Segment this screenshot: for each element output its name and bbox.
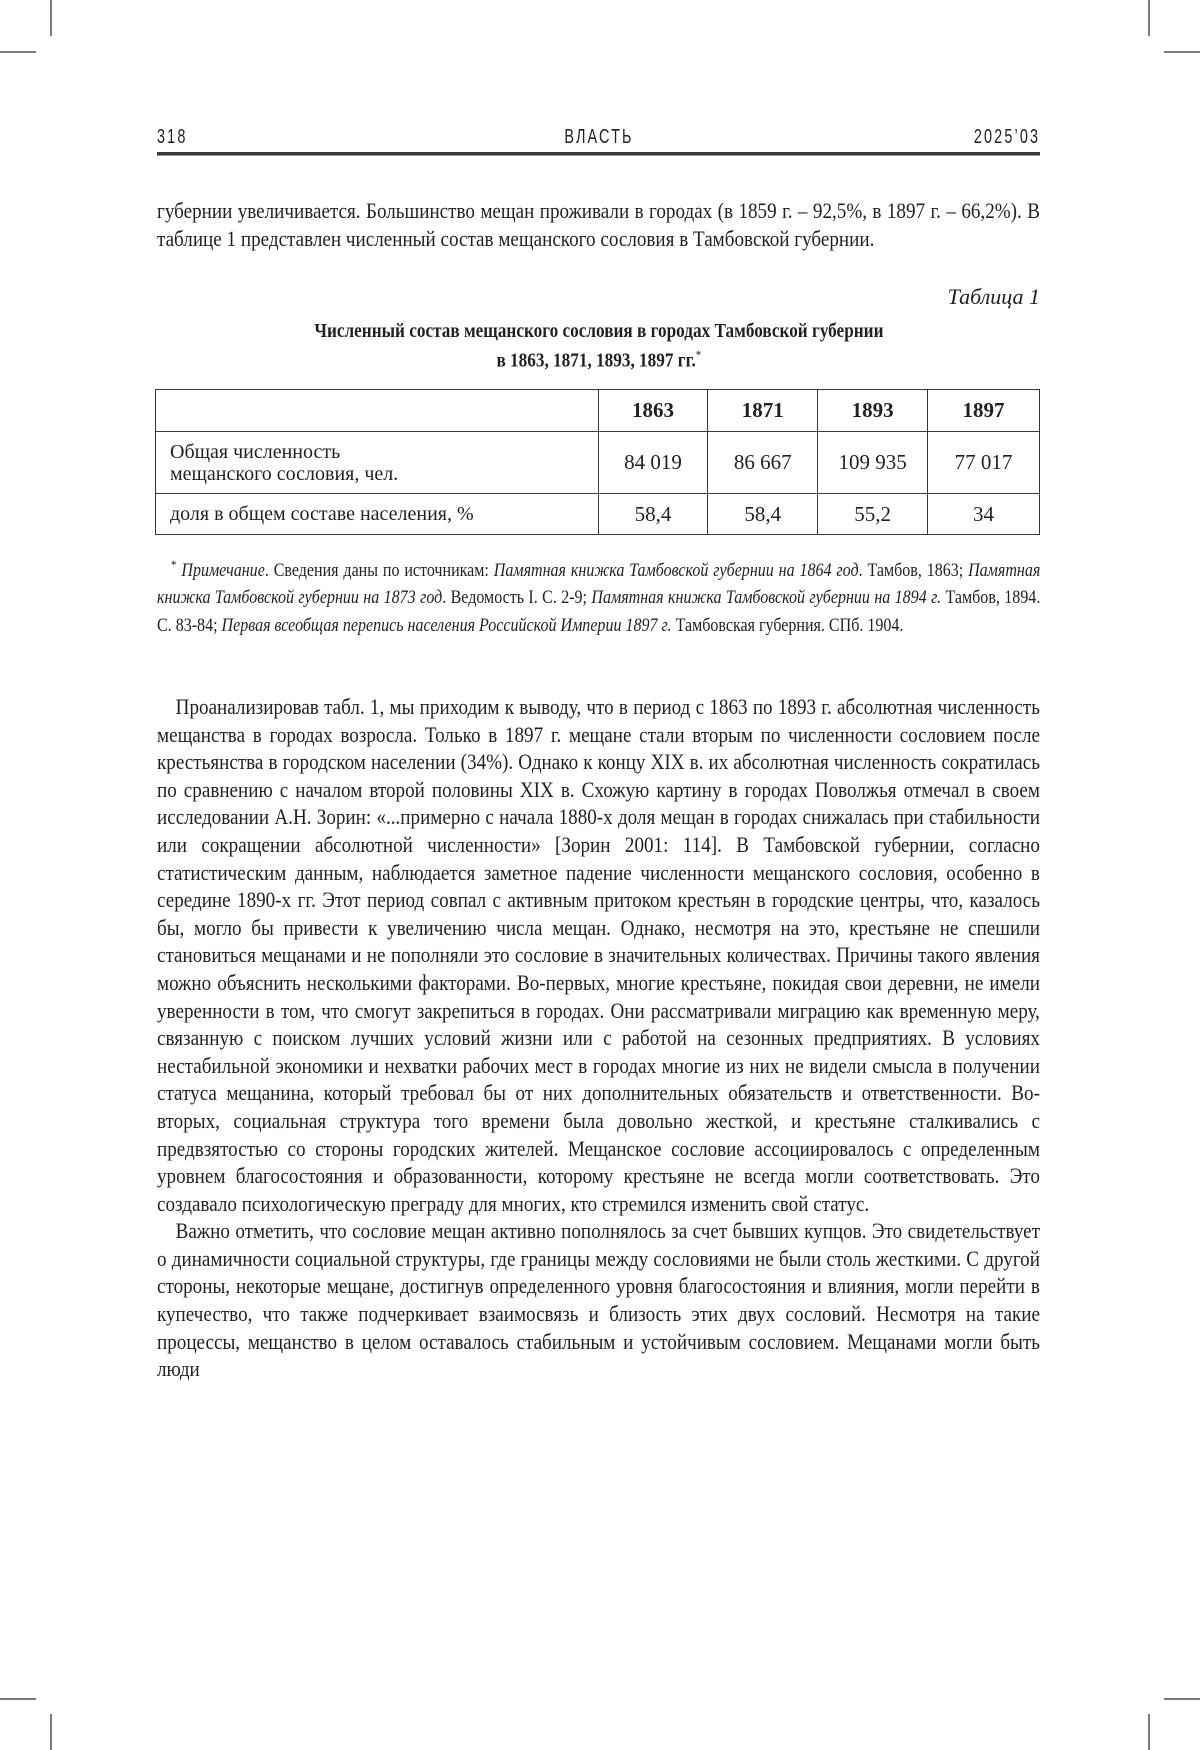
table-title-line-1: Численный состав мещанского сословия в г… <box>314 320 883 342</box>
footnote-text: . Ведомость I. С. 2-9; <box>442 588 591 608</box>
table-cell: 34 <box>928 494 1040 535</box>
footnote-marker: * <box>171 557 177 572</box>
crop-mark-top-right-horizontal <box>1164 51 1200 53</box>
crop-mark-bottom-left-vertical <box>50 1714 52 1750</box>
footnote-source: Памятная книжка Тамбовской губернии на 1… <box>494 561 859 581</box>
table-row: доля в общем составе населения, % 58,4 5… <box>156 494 1040 535</box>
row-label: Общая численность мещанского сословия, ч… <box>156 432 599 494</box>
page-number: 318 <box>157 126 188 149</box>
issue-number: 2025’03 <box>974 126 1040 149</box>
crop-mark-bottom-right-horizontal <box>1164 1698 1200 1700</box>
footnote-source: Первая всеобщая перепись населения Росси… <box>222 616 672 636</box>
header-rule <box>157 152 1040 156</box>
table-cell: 58,4 <box>708 494 818 535</box>
table-header-cell <box>156 390 599 432</box>
journal-title: ВЛАСТЬ <box>564 126 633 149</box>
table-header-cell: 1863 <box>598 390 708 432</box>
body-paragraph: Важно отметить, что сословие мещан актив… <box>157 1217 1040 1383</box>
crop-mark-bottom-right-vertical <box>1148 1714 1150 1750</box>
table-cell: 86 667 <box>708 432 818 494</box>
footnote-text: . Сведения даны по источникам: <box>265 561 494 581</box>
table-title: Численный состав мещанского сословия в г… <box>157 320 1040 373</box>
data-table: 1863 1871 1893 1897 Общая численность ме… <box>155 389 1040 535</box>
row-label: доля в общем составе населения, % <box>156 494 599 535</box>
table-title-line-2: в 1863, 1871, 1893, 1897 гг. <box>496 350 695 372</box>
body-paragraph: Проанализировав табл. 1, мы приходим к в… <box>157 693 1040 1217</box>
table-header-cell: 1897 <box>928 390 1040 432</box>
table-label: Таблица 1 <box>157 284 1040 310</box>
crop-mark-top-right-vertical <box>1148 0 1150 36</box>
footnote-text: Тамбовская губерния. СПб. 1904. <box>672 616 904 636</box>
table-cell: 109 935 <box>818 432 928 494</box>
footnote-source: Памятная книжка Тамбовской губернии на 1… <box>591 588 941 608</box>
table-header-row: 1863 1871 1893 1897 <box>156 390 1040 432</box>
table-row: Общая численность мещанского сословия, ч… <box>156 432 1040 494</box>
crop-mark-top-left-vertical <box>50 0 52 36</box>
footnote-mark: * <box>695 347 701 362</box>
intro-paragraph: губернии увеличивается. Большинство меща… <box>157 197 1040 252</box>
table-header-cell: 1893 <box>818 390 928 432</box>
main-text: Проанализировав табл. 1, мы приходим к в… <box>157 693 1040 1383</box>
table-header-cell: 1871 <box>708 390 818 432</box>
footnote-label: Примечание <box>181 561 264 581</box>
crop-mark-bottom-left-horizontal <box>0 1698 36 1700</box>
table-cell: 58,4 <box>598 494 708 535</box>
footnote-text: . Тамбов, 1863; <box>859 561 969 581</box>
intro-paragraph-block: губернии увеличивается. Большинство меща… <box>157 197 1040 252</box>
table-cell: 77 017 <box>928 432 1040 494</box>
crop-mark-top-left-horizontal <box>0 51 36 53</box>
table-cell: 84 019 <box>598 432 708 494</box>
table-footnote: * Примечание. Сведения даны по источника… <box>157 551 1040 640</box>
running-header: 318 ВЛАСТЬ 2025’03 <box>157 126 1040 150</box>
table-cell: 55,2 <box>818 494 928 535</box>
